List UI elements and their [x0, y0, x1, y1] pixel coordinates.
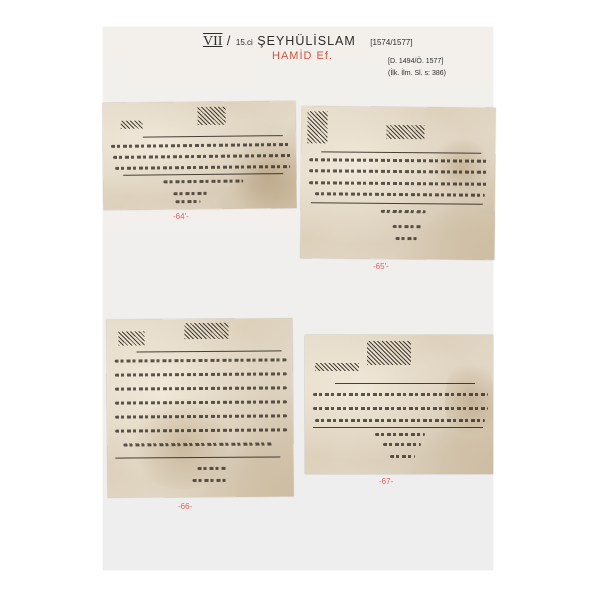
life-dates-block: [D. 1494/Ö. 1577] (İlk. İlm. Sl. s: 386)	[388, 56, 446, 80]
tughra-seal-icon	[386, 125, 424, 139]
office-title: ŞEYHÜLİSLAM	[257, 34, 356, 48]
item-label-66: -66-	[178, 502, 192, 511]
header-separator: /	[227, 34, 231, 48]
item-label-67: -67-	[379, 477, 393, 486]
ordinal-number: 15.ci	[236, 38, 253, 47]
annotation-mark-icon	[315, 363, 359, 371]
person-name: HAMİD Ef.	[272, 50, 333, 62]
manuscript-document-65	[300, 106, 495, 260]
annotation-mark-icon	[118, 331, 144, 345]
item-label-64: -64'-	[173, 212, 189, 221]
volume-number: VII	[203, 34, 222, 49]
annotation-mark-icon	[121, 121, 143, 129]
manuscript-document-64	[102, 101, 296, 210]
sheet-header-title: VII / 15.ci ŞEYHÜLİSLAM [1574/1577]	[203, 34, 413, 50]
manuscript-document-67	[305, 335, 493, 474]
birth-death-dates: [D. 1494/Ö. 1577]	[388, 56, 446, 68]
photo-stage: VII / 15.ci ŞEYHÜLİSLAM [1574/1577] HAMİ…	[0, 0, 600, 600]
tenure-dates: [1574/1577]	[370, 38, 412, 47]
annotation-mark-icon	[307, 111, 327, 143]
manuscript-document-66	[106, 318, 293, 497]
tughra-seal-icon	[184, 323, 228, 339]
item-label-65: -65'-	[373, 262, 389, 271]
bibliographic-reference: (İlk. İlm. Sl. s: 386)	[388, 68, 446, 80]
tughra-seal-icon	[197, 107, 225, 125]
tughra-seal-icon	[367, 341, 411, 365]
